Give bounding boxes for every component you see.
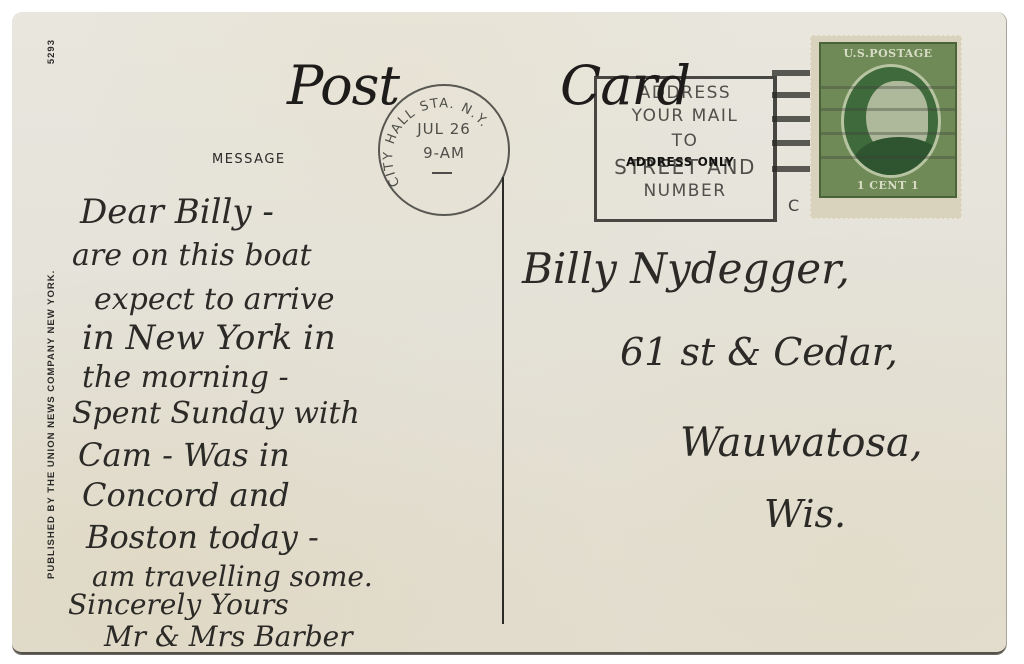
postmark-station: CITY HALL STA. N.Y. [381,96,492,189]
title-card: Card [560,54,690,117]
stamp-cancel-lines [821,44,955,196]
postage-stamp: U.S.POSTAGE 1 CENT 1 [810,35,962,219]
stamp-design: U.S.POSTAGE 1 CENT 1 [819,42,957,198]
address-only-label: ADDRESS ONLY [626,155,734,169]
postmark: CITY HALL STA. N.Y. JUL 26 9-AM [378,84,510,216]
message-line: Spent Sunday with [72,396,360,431]
address-street: 61 st & Cedar, [620,330,898,374]
message-line: are on this boat [72,238,312,273]
divider-line [502,177,504,624]
cancel-letter: C [788,196,799,215]
message-line: Dear Billy - [80,192,274,232]
address-name: Billy Nydegger, [522,244,850,293]
message-line: Sincerely Yours [68,588,289,621]
address-state: Wis. [764,492,846,536]
message-line: in New York in [82,318,336,358]
postmark-time: 9-AM [380,144,508,162]
postmark-date: JUL 26 [380,120,508,138]
postcard-back: PUBLISHED BY THE UNION NEWS COMPANY NEW … [12,12,1006,654]
card-number: 5293 [46,39,57,64]
message-line: Cam - Was in [78,436,290,474]
message-line: expect to arrive [94,282,335,317]
message-signature: Mr & Mrs Barber [104,620,353,653]
publisher-name: PUBLISHED BY THE UNION NEWS COMPANY NEW … [46,270,57,579]
publisher-credit: PUBLISHED BY THE UNION NEWS COMPANY NEW … [46,44,66,584]
message-line: the morning - [82,360,289,395]
message-label: MESSAGE [212,152,286,167]
message-line: Concord and [82,476,290,514]
svg-text:CITY HALL STA. N.Y.: CITY HALL STA. N.Y. [381,96,492,189]
slogan-line: TO [597,131,773,151]
postmark-dash [432,172,452,174]
message-line: Boston today - [86,518,319,556]
slogan-line: NUMBER [597,181,773,201]
address-city: Wauwatosa, [680,420,923,466]
